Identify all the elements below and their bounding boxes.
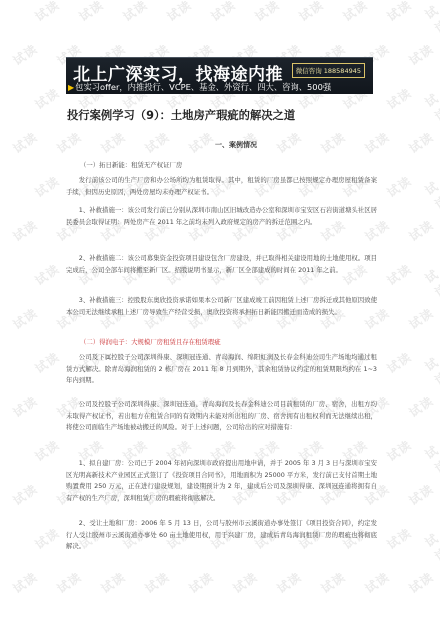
watermark-text: 试读 [251,0,282,25]
watermark-text: 试读 [31,0,62,25]
watermark-text: 试读 [421,1,440,36]
banner-subtitle: ▶包实习offer，内推投行、VCPE、基金、外资行、四大、咨询、500强 [68,81,331,93]
watermark-text: 试读 [31,260,62,289]
ad-banner[interactable]: 北上广深实习，找海途内推 微信咨询 188584945 ▶包实习offer，内推… [66,57,373,94]
watermark-text: 试读 [185,568,216,597]
wechat-contact-badge: 微信咨询 188584945 [292,63,365,78]
case2-heading: （二）得润电子：大规模厂房租赁且存在租赁瑕疵 [80,337,221,346]
play-arrow-icon: ▶ [68,83,74,92]
watermark-text: 试读 [141,568,172,597]
watermark-text: 试读 [31,524,62,553]
watermark-text: 试读 [405,568,436,597]
watermark-text: 试读 [421,441,440,476]
case1-paragraph: 3、补救措施三：控股股东奥欣投资承诺如果本公司新厂区建成竣工前因租赁上述厂房拆迁… [66,295,377,318]
watermark-text: 试读 [383,0,414,25]
section-heading: 一、案例情况 [0,140,440,150]
watermark-text: 试读 [383,172,414,201]
watermark-text: 试读 [97,568,128,597]
banner-subtitle-text: 包实习offer，内推投行、VCPE、基金、外资行、四大、咨询、500强 [75,82,331,92]
watermark-text: 试读 [405,40,436,69]
watermark-text: 试读 [31,348,62,377]
watermark-text: 试读 [317,568,348,597]
case1-paragraph: 2、补救措施二：该公司募集资金投资项目建设包含厂房建设，并已取得相关建设用地的土… [66,253,377,276]
watermark-text: 试读 [405,304,436,333]
watermark-text: 试读 [421,529,440,564]
case2-paragraph: 公司及控股子公司深圳得康、深圳冠连通、青岛海润及长春金科迪公司目前租赁的厂房、宿… [66,399,377,434]
watermark-text: 试读 [229,568,260,597]
watermark-text: 试读 [383,436,414,465]
watermark-text: 试读 [9,568,40,597]
watermark-text: 试读 [9,40,40,69]
watermark-text: 试读 [295,0,326,25]
watermark-text: 试读 [405,216,436,245]
case2-paragraph: 2、受让土地和厂房：2006 年 5 月 13 日，公司与胶州市云溪街道办事处签… [66,518,377,553]
watermark-text: 试读 [31,436,62,465]
watermark-text: 试读 [405,392,436,421]
watermark-text: 试读 [9,392,40,421]
case1-heading: （一）拓日新能：租赁无产权证厂房 [80,160,182,169]
watermark-text: 试读 [273,568,304,597]
watermark-text: 试读 [9,480,40,509]
watermark-text: 试读 [75,0,106,25]
watermark-text: 试读 [421,177,440,212]
watermark-text: 试读 [421,265,440,300]
case1-paragraph: 1、补救措施一：该公司发行前已分别从深圳市南山区旧城改造办公室和深圳市宝安区石岩… [66,205,377,228]
watermark-text: 试读 [383,84,414,113]
watermark-text: 试读 [339,0,370,25]
watermark-text: 试读 [383,524,414,553]
watermark-text: 试读 [31,172,62,201]
watermark-text: 试读 [405,480,436,509]
case2-paragraph: 公司及下属控股子公司深圳得康、深圳冠连通、青岛海润、绵阳虹润及长春金科迪公司生产… [66,352,377,387]
watermark-text: 试读 [421,89,440,124]
watermark-text: 试读 [53,568,84,597]
watermark-text: 试读 [361,568,392,597]
watermark-text: 试读 [207,0,238,25]
watermark-text: 试读 [163,0,194,25]
watermark-text: 试读 [9,304,40,333]
watermark-text: 试读 [383,260,414,289]
watermark-text: 试读 [383,348,414,377]
case2-paragraph: 1、拟自建厂房：公司已于 2004 年初向深圳市政府提出用地申请，并于 2005… [66,458,377,504]
watermark-text: 试读 [31,84,62,113]
watermark-text: 试读 [421,353,440,388]
case1-paragraph: 发行前该公司的生产厂房和办公场所均为租赁取得。其中，租赁的厂房虽都已按照规定办理… [66,175,377,198]
watermark-text: 试读 [119,0,150,25]
document-title: 投行案例学习（9）：土地房产瑕疵的解决之道 [67,107,295,123]
watermark-text: 试读 [9,216,40,245]
